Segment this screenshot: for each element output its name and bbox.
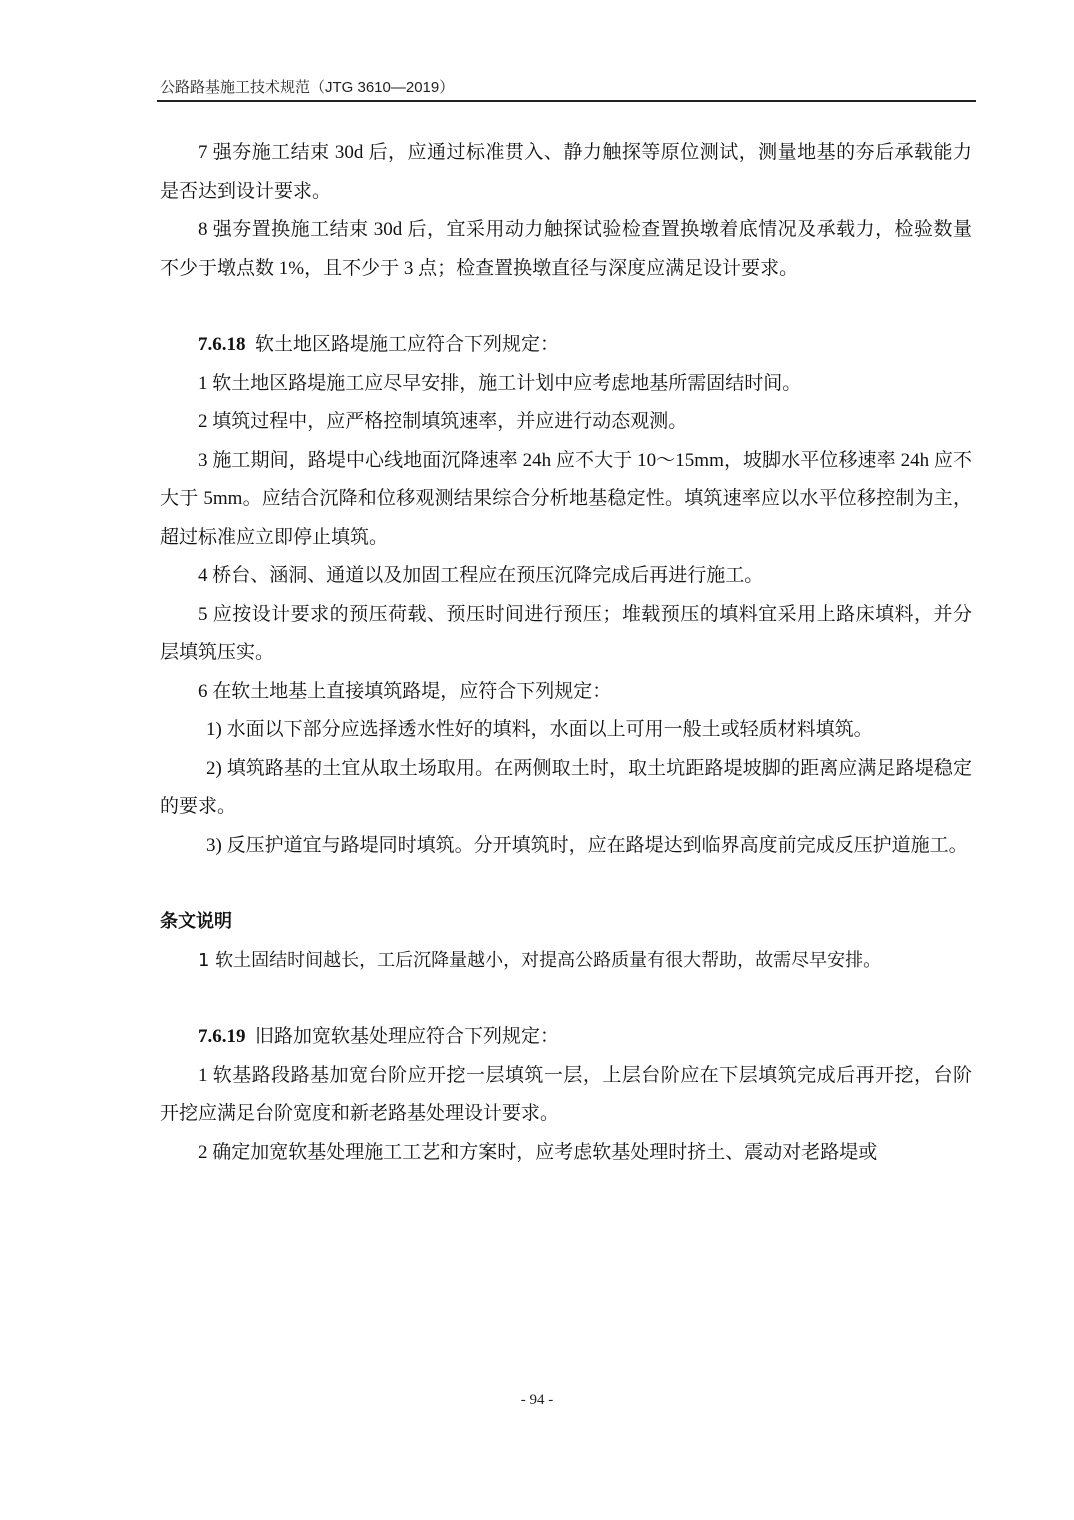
clause-item-1: 1 软基路段路基加宽台阶应开挖一层填筑一层，上层台阶应在下层填筑完成后再开挖，台… [160,1057,972,1134]
spacer [160,288,972,326]
clause-heading-7-6-18: 7.6.18 软土地区路堤施工应符合下列规定： [160,326,972,365]
clause-item-2: 2 填筑过程中，应严格控制填筑速率，并应进行动态观测。 [160,403,972,442]
clause-item-3: 3 施工期间，路堤中心线地面沉降速率 24h 应不大于 10～15mm，坡脚水平… [160,442,972,558]
spacer [160,865,972,903]
header-divider [157,100,976,102]
explanation-item-1: 1 软土固结时间越长，工后沉降量越小，对提高公路质量有很大帮助，故需尽早安排。 [160,942,972,981]
clause-number: 7.6.18 [198,334,246,355]
clause-subitem-2: 2) 填筑路基的土宜从取土场取用。在两侧取土时，取土坑距路堤坡脚的距离应满足路堤… [160,750,972,827]
explanation-heading: 条文说明 [160,903,972,942]
clause-title: 软土地区路堤施工应符合下列规定： [255,334,559,355]
clause-subitem-3: 3) 反压护道宜与路堤同时填筑。分开填筑时，应在路堤达到临界高度前完成反压护道施… [160,827,972,866]
clause-item-2: 2 确定加宽软基处理施工工艺和方案时，应考虑软基处理时挤土、震动对老路堤或 [160,1134,972,1173]
spacer [160,980,972,1018]
clause-title: 旧路加宽软基处理应符合下列规定： [255,1026,559,1047]
clause-item-1: 1 软土地区路堤施工应尽早安排，施工计划中应考虑地基所需固结时间。 [160,365,972,404]
paragraph-item-8: 8 强夯置换施工结束 30d 后，宜采用动力触探试验检查置换墩着底情况及承载力，… [160,211,972,288]
paragraph-item-7: 7 强夯施工结束 30d 后，应通过标准贯入、静力触探等原位测试，测量地基的夯后… [160,134,972,211]
clause-item-5: 5 应按设计要求的预压荷载、预压时间进行预压；堆载预压的填料宜采用上路床填料，并… [160,596,972,673]
running-header: 公路路基施工技术规范（JTG 3610—2019） [160,76,976,97]
clause-number: 7.6.19 [198,1026,246,1047]
clause-item-6: 6 在软土地基上直接填筑路堤，应符合下列规定： [160,673,972,712]
clause-subitem-1: 1) 水面以下部分应选择透水性好的填料，水面以上可用一般土或轻质材料填筑。 [160,711,972,750]
page-number: - 94 - [0,1392,1074,1409]
clause-item-4: 4 桥台、涵洞、通道以及加固工程应在预压沉降完成后再进行施工。 [160,557,972,596]
page-body: 7 强夯施工结束 30d 后，应通过标准贯入、静力触探等原位测试，测量地基的夯后… [160,134,972,1172]
clause-heading-7-6-19: 7.6.19 旧路加宽软基处理应符合下列规定： [160,1018,972,1057]
